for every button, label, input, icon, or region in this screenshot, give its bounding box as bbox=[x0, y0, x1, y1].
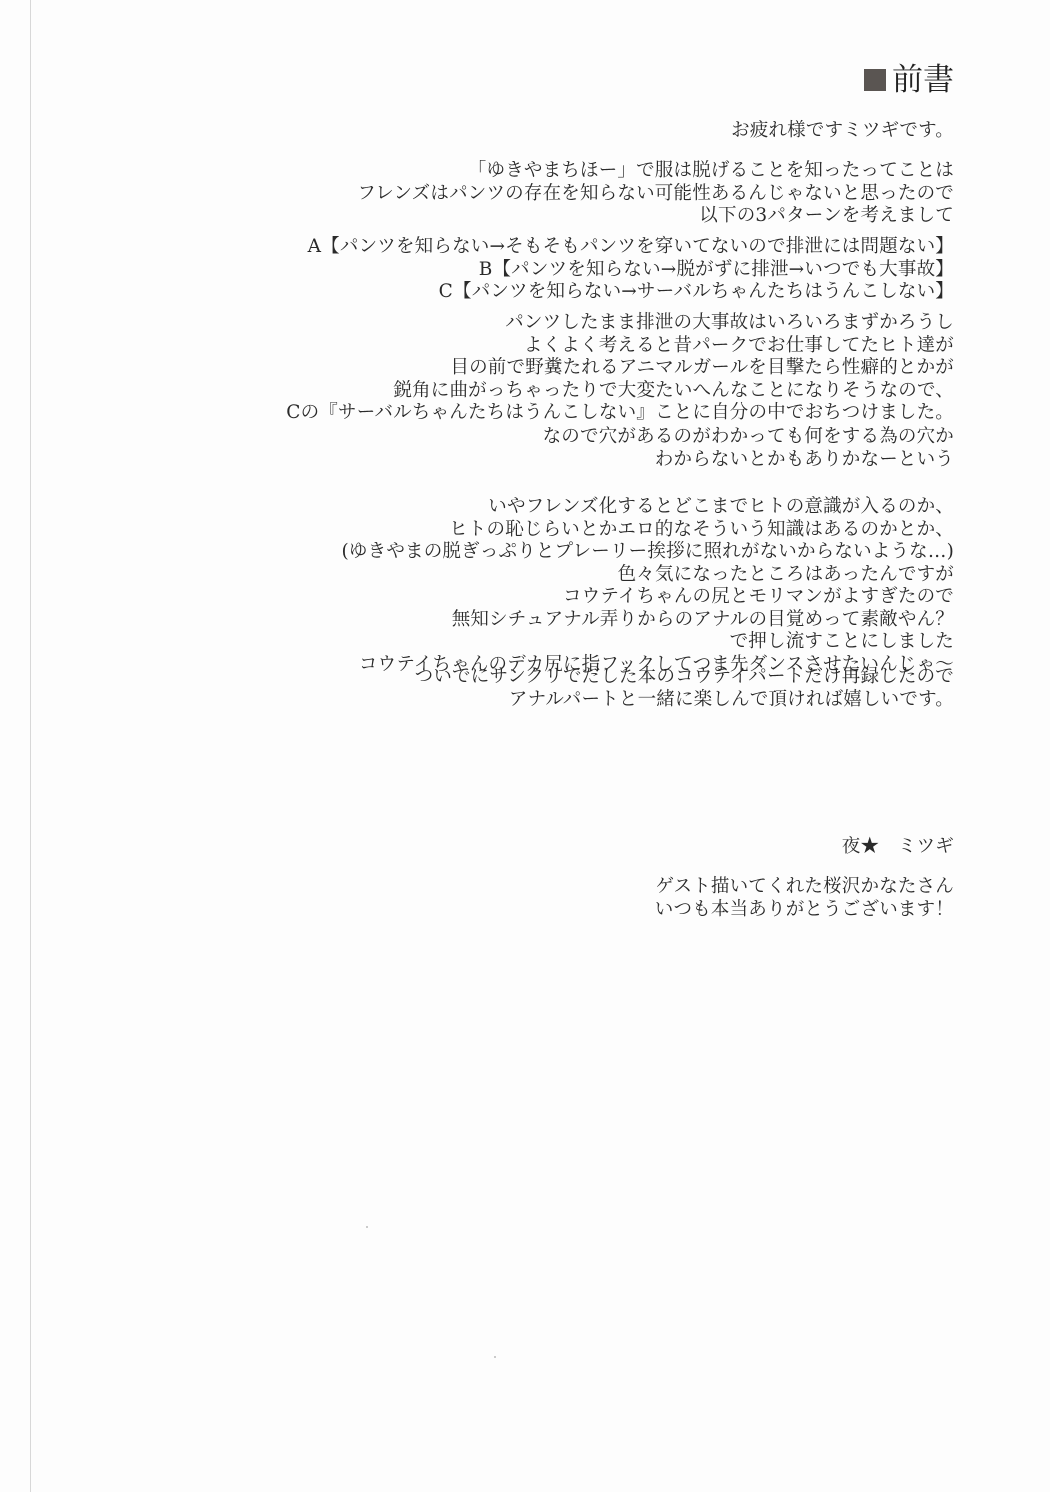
signature-text: 夜★ ミツギ bbox=[842, 836, 954, 859]
heading-title: 前書 bbox=[892, 62, 954, 98]
text-line: いつも本当ありがとうございます！ bbox=[655, 899, 954, 922]
scan-speck bbox=[366, 1226, 368, 1228]
text-line: パンツしたまま排泄の大事故はいろいろまずかろうし bbox=[286, 312, 954, 335]
scan-speck bbox=[494, 1356, 496, 1358]
text-line: フレンズはパンツの存在を知らない可能性あるんじゃないと思ったので bbox=[357, 183, 954, 206]
text-line: コウテイちゃんの尻とモリマンがよすぎたので bbox=[342, 586, 955, 609]
paragraph-hole: なので穴があるのがわかっても何をする為の穴か わからないとかもありかなーという bbox=[543, 426, 954, 471]
page-heading: 前書 bbox=[864, 62, 954, 98]
pattern-b: B【パンツを知らない→脱がずに排泄→いつでも大事故】 bbox=[308, 259, 954, 282]
black-square-icon bbox=[864, 69, 886, 91]
text-line: お疲れ様ですミツギです。 bbox=[731, 120, 954, 143]
text-line: (ゆきやまの脱ぎっぷりとプレーリー挨拶に照れがないからないような…) bbox=[342, 541, 955, 564]
text-line: 鋭角に曲がっちゃったりで大変たいへんなことになりそうなので、 bbox=[286, 380, 954, 403]
text-line: ゲスト描いてくれた桜沢かなたさん bbox=[655, 876, 954, 899]
text-line: ヒトの恥じらいとかエロ的なそういう知識はあるのかとか、 bbox=[342, 519, 955, 542]
text-line: 目の前で野糞たれるアニマルガールを目撃たら性癖的とかが bbox=[286, 357, 954, 380]
paragraph-patterns: A【パンツを知らない→そもそもパンツを穿いてないので排泄には問題ない】 B【パン… bbox=[308, 236, 954, 304]
paragraph-friends: いやフレンズ化するとどこまでヒトの意識が入るのか、 ヒトの恥じらいとかエロ的なそ… bbox=[342, 496, 955, 676]
text-line: わからないとかもありかなーという bbox=[543, 449, 954, 472]
text-line: 「ゆきやまちほー」で服は脱げることを知ったってことは bbox=[357, 160, 954, 183]
text-line: 色々気になったところはあったんですが bbox=[342, 564, 955, 587]
pattern-c: C【パンツを知らない→サーバルちゃんたちはうんこしない】 bbox=[308, 281, 954, 304]
text-line: いやフレンズ化するとどこまでヒトの意識が入るのか、 bbox=[342, 496, 955, 519]
text-line: で押し流すことにしました bbox=[342, 631, 955, 654]
text-line: 無知シチュアナル弄りからのアナルの目覚めって素敵やん？ bbox=[342, 609, 955, 632]
text-line: ついでにサンクリでだした本のコウテイパートだけ再録したので bbox=[415, 666, 954, 689]
text-line: Cの『サーバルちゃんたちはうんこしない』ことに自分の中でおちつけました。 bbox=[286, 402, 954, 425]
text-line: なので穴があるのがわかっても何をする為の穴か bbox=[543, 426, 954, 449]
text-line: よくよく考えると昔パークでお仕事してたヒト達が bbox=[286, 335, 954, 358]
text-line: 以下の3パターンを考えまして bbox=[357, 205, 954, 228]
paragraph-reprint: ついでにサンクリでだした本のコウテイパートだけ再録したので アナルパートと一緒に… bbox=[415, 666, 954, 711]
paragraph-thanks: ゲスト描いてくれた桜沢かなたさん いつも本当ありがとうございます！ bbox=[655, 876, 954, 921]
text-line: アナルパートと一緒に楽しんで頂ければ嬉しいです。 bbox=[415, 689, 954, 712]
paragraph-intro: 「ゆきやまちほー」で服は脱げることを知ったってことは フレンズはパンツの存在を知… bbox=[357, 160, 954, 228]
page-gutter-line bbox=[30, 0, 31, 1492]
pattern-a: A【パンツを知らない→そもそもパンツを穿いてないので排泄には問題ない】 bbox=[308, 236, 954, 259]
paragraph-greeting: お疲れ様ですミツギです。 bbox=[731, 120, 954, 143]
paragraph-reasoning: パンツしたまま排泄の大事故はいろいろまずかろうし よくよく考えると昔パークでお仕… bbox=[286, 312, 954, 425]
author-signature: 夜★ ミツギ bbox=[842, 836, 954, 859]
